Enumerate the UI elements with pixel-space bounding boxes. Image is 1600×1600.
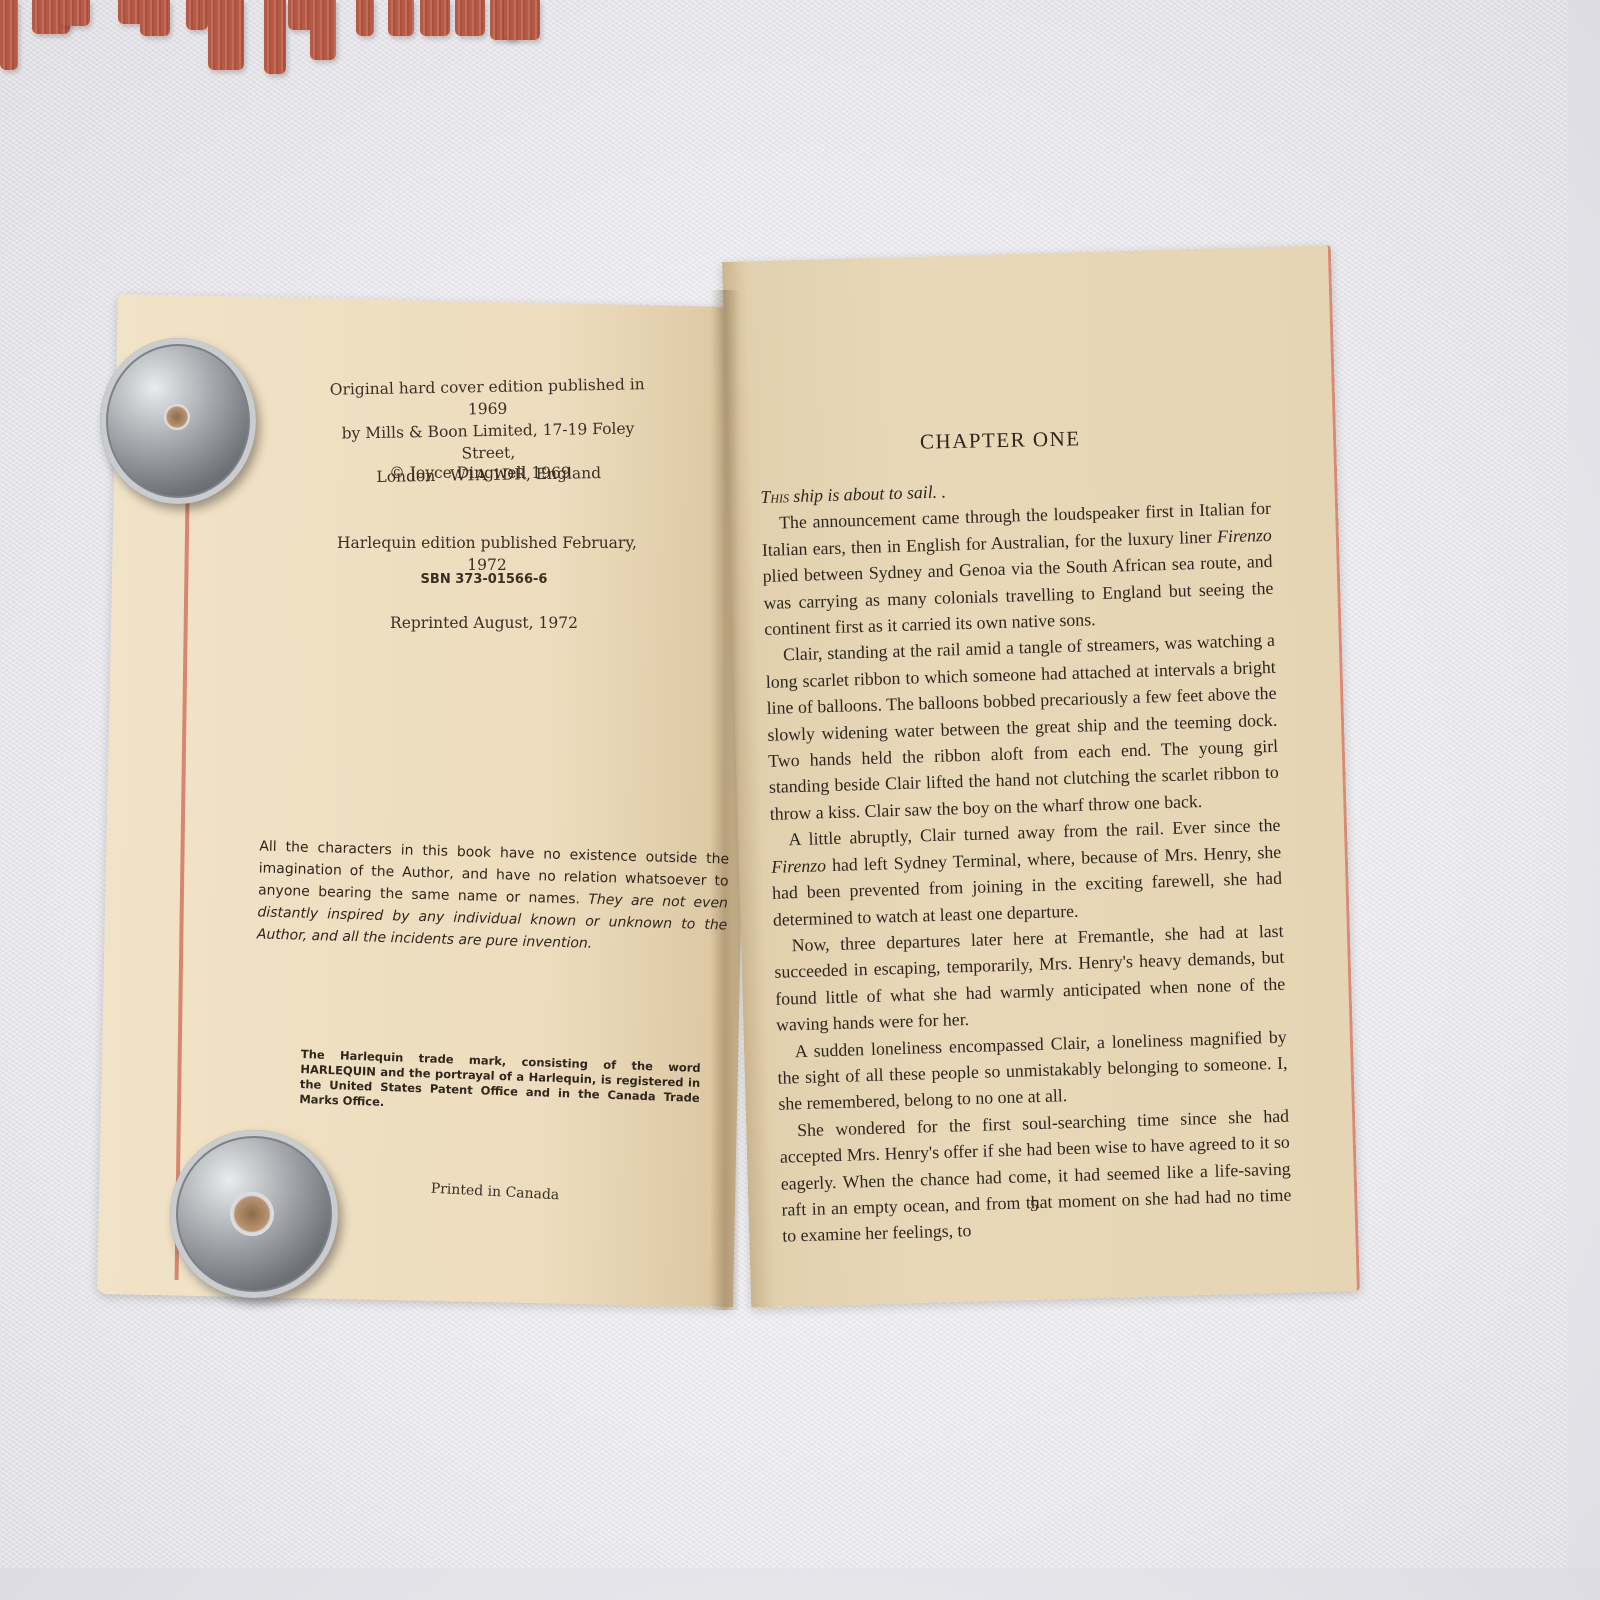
opening-rest: ship is about to sail. . bbox=[789, 481, 947, 506]
book-edge bbox=[140, 0, 170, 36]
chapter-body: This ship is about to sail. . The announ… bbox=[760, 469, 1292, 1250]
book-edge bbox=[60, 0, 90, 26]
paragraph-1-text-b: plied between Sydney and Genoa via the S… bbox=[762, 551, 1273, 639]
book-edge bbox=[208, 0, 244, 70]
copyright-notice: © Joyce Dingwell 1969 bbox=[360, 462, 600, 484]
chapter-title: CHAPTER ONE bbox=[920, 426, 1081, 454]
magnet-bottom-icon[interactable] bbox=[170, 1130, 338, 1298]
paragraph-4: Now, three departures later here at Frem… bbox=[773, 918, 1286, 1039]
page-number: 5 bbox=[1030, 1196, 1039, 1216]
paragraph-5: A sudden loneliness encompassed Clair, a… bbox=[776, 1023, 1288, 1117]
paragraph-6: She wondered for the first soul-searchin… bbox=[779, 1102, 1293, 1249]
imprint-line-2: by Mills & Boon Limited, 17-19 Foley Str… bbox=[318, 417, 659, 467]
fiction-disclaimer: All the characters in this book have no … bbox=[257, 835, 730, 958]
book-edge bbox=[420, 0, 450, 36]
book-edges-row bbox=[0, 0, 1568, 80]
ship-name: Firenzo bbox=[1217, 525, 1272, 547]
imprint-line-1: Original hard cover edition published in… bbox=[317, 373, 658, 423]
book-edge bbox=[388, 0, 414, 36]
ship-name: Firenzo bbox=[771, 855, 826, 877]
book-edge bbox=[0, 0, 18, 70]
paragraph-3: A little abruptly, Clair turned away fro… bbox=[770, 812, 1283, 933]
book-edge bbox=[455, 0, 485, 36]
magnet-hole bbox=[230, 1192, 274, 1236]
sbn-number: SBN 373-01566-6 bbox=[384, 572, 584, 587]
book-edge bbox=[264, 0, 286, 74]
magnet-hole bbox=[164, 404, 190, 430]
opening-smallcaps: This bbox=[760, 486, 789, 507]
reprint-note: Reprinted August, 1972 bbox=[384, 612, 584, 634]
paragraph-1-text-a: The announcement came through the loudsp… bbox=[762, 498, 1272, 560]
paragraph-3-text-b: had left Sydney Terminal, where, because… bbox=[772, 841, 1282, 929]
book-gutter bbox=[710, 290, 740, 1310]
paragraph-2: Clair, standing at the rail amid a tangl… bbox=[765, 627, 1280, 827]
paragraph-1: The announcement came through the loudsp… bbox=[761, 495, 1275, 642]
book-edge bbox=[310, 0, 336, 60]
magnet-top-icon[interactable] bbox=[100, 338, 256, 504]
harlequin-edition-note: Harlequin edition published February, 19… bbox=[322, 532, 652, 576]
book-edge bbox=[356, 0, 374, 36]
book-edge bbox=[504, 0, 540, 40]
book-edge bbox=[186, 0, 208, 30]
